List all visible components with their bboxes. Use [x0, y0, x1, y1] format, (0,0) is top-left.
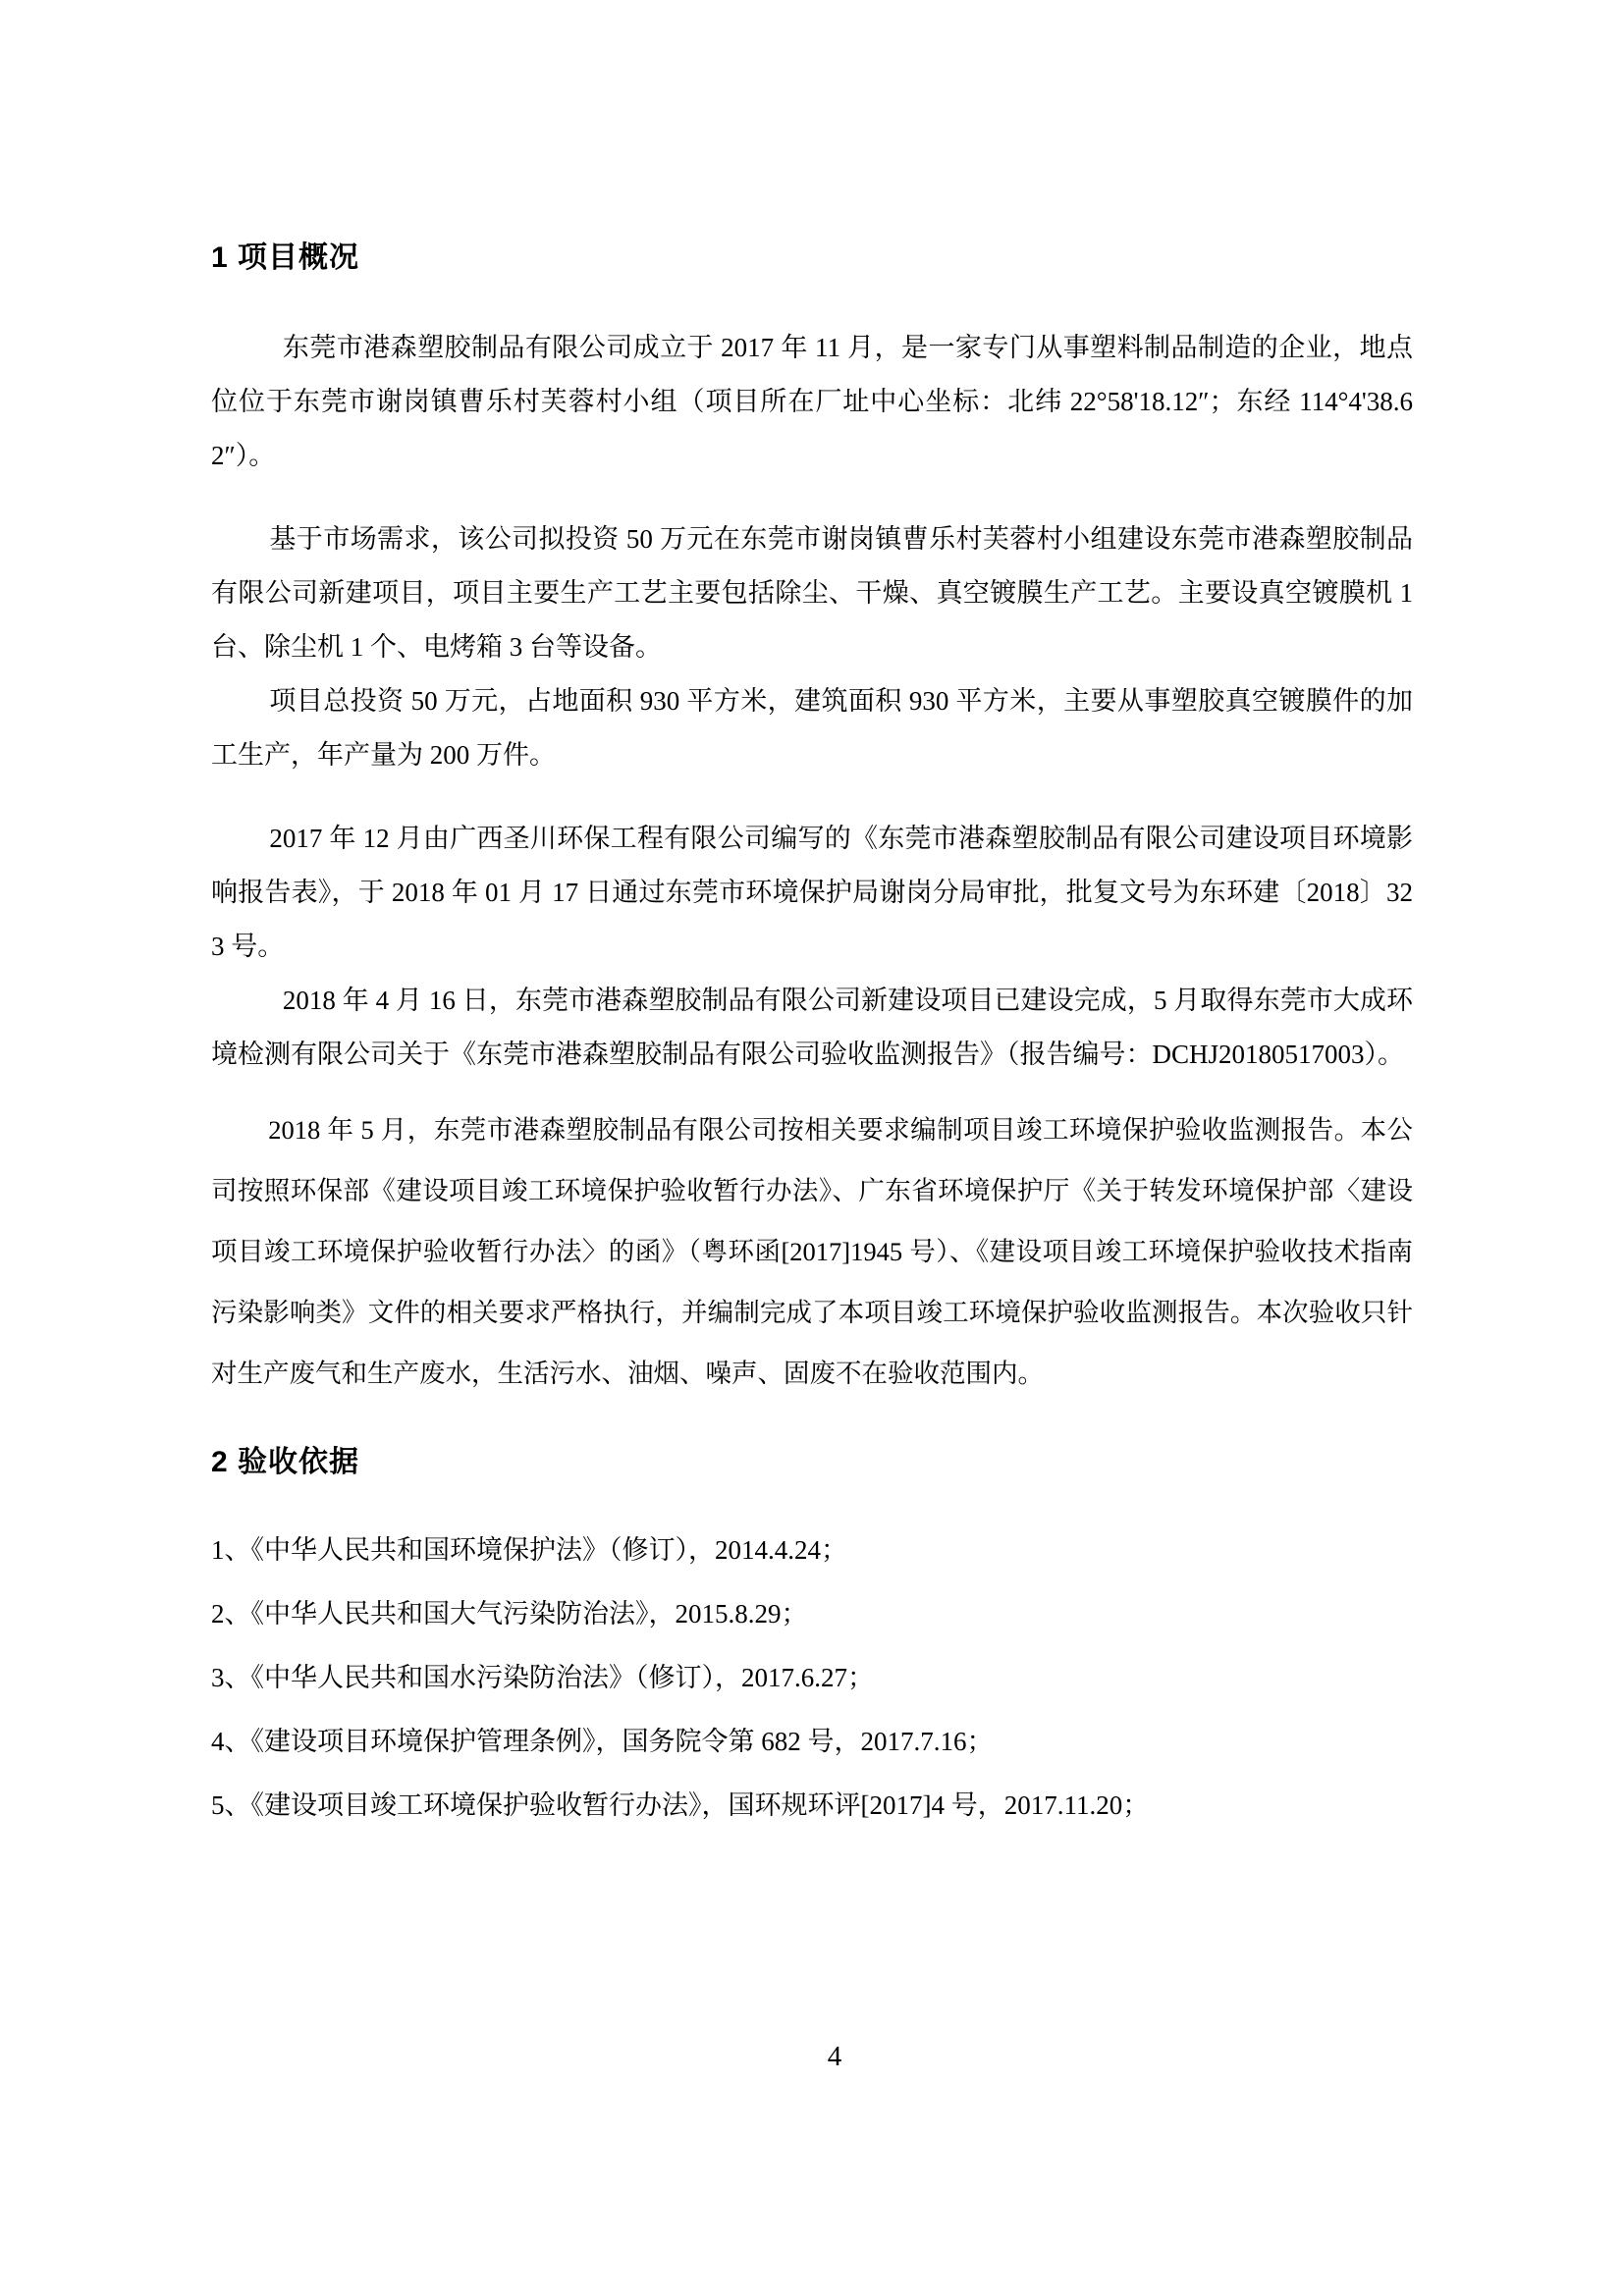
paragraph-total-investment: 项目总投资 50 万元，占地面积 930 平方米，建筑面积 930 平方米，主要…: [211, 674, 1413, 782]
document-page: 1 项目概况 东莞市港森塑胶制品有限公司成立于 2017 年 11 月，是一家专…: [0, 0, 1624, 2296]
page-number: 4: [828, 2040, 842, 2073]
section-2-heading: 2 验收依据: [211, 1443, 1413, 1482]
paragraph-acceptance-scope: 2018 年 5 月，东莞市港森塑胶制品有限公司按相关要求编制项目竣工环境保护验…: [211, 1099, 1413, 1404]
list-item-air-pollution-law: 2、《中华人民共和国大气污染防治法》，2015.8.29；: [211, 1587, 1413, 1641]
section-1-heading: 1 项目概况: [211, 239, 1413, 278]
paragraph-eia-report: 2017 年 12 月由广西圣川环保工程有限公司编写的《东莞市港森塑胶制品有限公…: [211, 812, 1413, 974]
paragraph-investment-plan: 基于市场需求，该公司拟投资 50 万元在东莞市谢岗镇曹乐村芙蓉村小组建设东莞市港…: [211, 512, 1413, 674]
document-content: 1 项目概况 东莞市港森塑胶制品有限公司成立于 2017 年 11 月，是一家专…: [211, 239, 1413, 1842]
list-item-env-protection-law: 1、《中华人民共和国环境保护法》（修订），2014.4.24；: [211, 1523, 1413, 1577]
list-item-water-pollution-law: 3、《中华人民共和国水污染防治法》（修订），2017.6.27；: [211, 1651, 1413, 1705]
paragraph-completion: 2018 年 4 月 16 日，东莞市港森塑胶制品有限公司新建设项目已建设完成，…: [211, 974, 1413, 1082]
paragraph-company-intro: 东莞市港森塑胶制品有限公司成立于 2017 年 11 月，是一家专门从事塑料制品…: [211, 321, 1413, 483]
acceptance-basis-list: 1、《中华人民共和国环境保护法》（修订），2014.4.24； 2、《中华人民共…: [211, 1523, 1413, 1833]
list-item-construction-regulation: 4、《建设项目环境保护管理条例》，国务院令第 682 号，2017.7.16；: [211, 1715, 1413, 1769]
list-item-interim-measures: 5、《建设项目竣工环境保护验收暂行办法》，国环规环评[2017]4 号，2017…: [211, 1779, 1413, 1833]
